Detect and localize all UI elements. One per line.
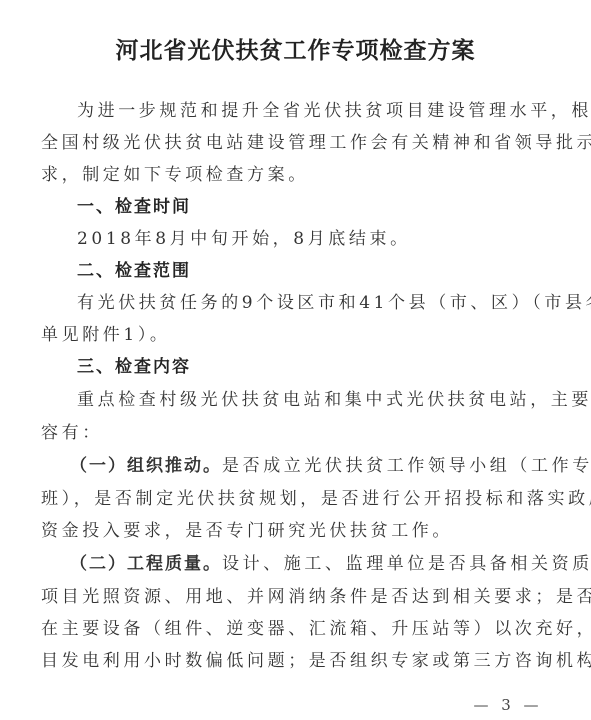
section-content-line-2: 容有： xyxy=(41,423,551,443)
item-quality-line-1: （二）工程质量。设计、施工、监理单位是否具备相关资质； xyxy=(70,554,580,574)
section-time-text: 2018年8月中旬开始，8月底结束。 xyxy=(77,229,587,249)
item-quality-line-4: 目发电利用小时数偏低问题；是否组织专家或第三方咨询机构开 xyxy=(41,651,551,671)
intro-line-2: 全国村级光伏扶贫电站建设管理工作会有关精神和省领导批示要 xyxy=(41,133,551,153)
section-heading-scope: 二、检查范围 xyxy=(77,261,191,281)
item-quality-line-3: 在主要设备（组件、逆变器、汇流箱、升压站等）以次充好，项 xyxy=(41,619,551,639)
document-title: 河北省光伏扶贫工作专项检查方案 xyxy=(0,32,591,65)
item-quality-line-2: 项目光照资源、用地、并网消纳条件是否达到相关要求；是否存 xyxy=(41,587,551,607)
document-page: 河北省光伏扶贫工作专项检查方案 为进一步规范和提升全省光伏扶贫项目建设管理水平，… xyxy=(0,0,591,720)
section-content-line-1: 重点检查村级光伏扶贫电站和集中式光伏扶贫电站，主要内 xyxy=(77,390,587,410)
intro-line-1: 为进一步规范和提升全省光伏扶贫项目建设管理水平，根据 xyxy=(77,101,587,121)
item-organization-line-1: （一）组织推动。是否成立光伏扶贫工作领导小组（工作专 xyxy=(70,456,580,476)
item-organization-line-3: 资金投入要求，是否专门研究光伏扶贫工作。 xyxy=(41,521,551,541)
section-heading-time: 一、检查时间 xyxy=(77,197,191,217)
section-scope-line-1: 有光伏扶贫任务的9个设区市和41个县（市、区）（市县名 xyxy=(77,293,587,313)
section-heading-content: 三、检查内容 xyxy=(77,357,191,377)
section-scope-line-2: 单见附件1）。 xyxy=(41,325,551,345)
item-organization-text: 是否成立光伏扶贫工作领导小组（工作专 xyxy=(222,456,591,476)
item-organization-label: （一）组织推动。 xyxy=(70,456,222,476)
item-quality-text: 设计、施工、监理单位是否具备相关资质； xyxy=(222,554,591,574)
page-number: — 3 — xyxy=(468,696,548,714)
item-quality-label: （二）工程质量。 xyxy=(70,554,222,574)
item-organization-line-2: 班），是否制定光伏扶贫规划，是否进行公开招投标和落实政府 xyxy=(41,489,551,509)
intro-line-3: 求，制定如下专项检查方案。 xyxy=(41,165,551,185)
